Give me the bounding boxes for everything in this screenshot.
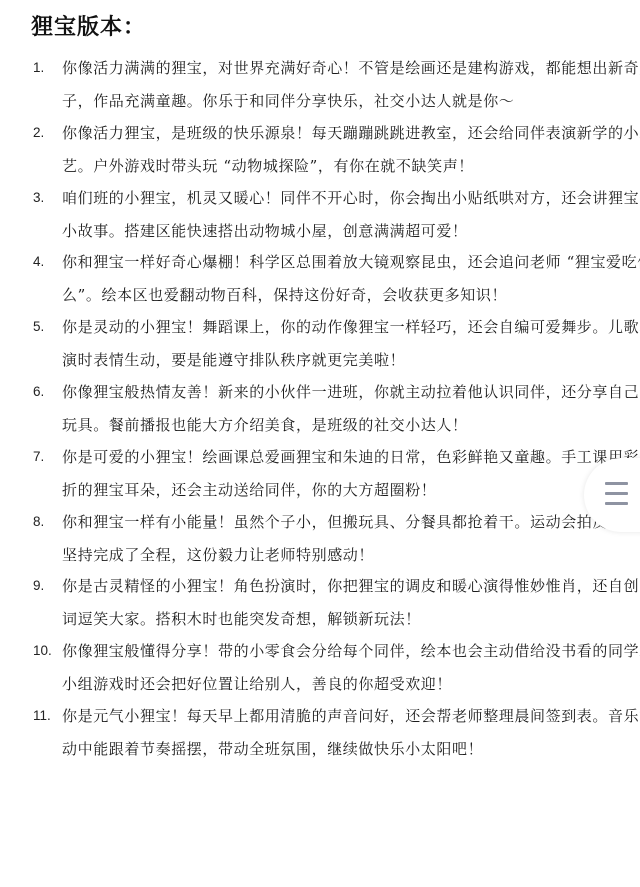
list-item-5: 5. 你是灵动的小狸宝！舞蹈课上，你的动作像狸宝一样轻巧，还会自编可爱舞步。儿歌… <box>0 311 640 376</box>
list-item-11: 11. 你是元气小狸宝！每天早上都用清脆的声音问好，还会帮老师整理晨间签到表。音… <box>0 700 640 765</box>
list-number: 8. <box>33 506 44 538</box>
list-item-text-line: 你和狸宝一样好奇心爆棚！科学区总围着放大镜观察昆虫，还会追问老师 “狸宝爱吃什 <box>62 246 640 278</box>
menu-bar <box>605 502 628 505</box>
list-item-text-line: 你像狸宝般懂得分享！带的小零食会分给每个同伴，绘本也会主动借给没书看的同学。 <box>62 635 640 667</box>
list-item-text-line: 词逗笑大家。搭积木时也能突发奇想，解锁新玩法！ <box>62 603 421 635</box>
list-item-4: 4. 你和狸宝一样好奇心爆棚！科学区总围着放大镜观察昆虫，还会追问老师 “狸宝爱… <box>0 246 640 311</box>
list-item-text-line: 咱们班的小狸宝，机灵又暖心！同伴不开心时，你会掏出小贴纸哄对方，还会讲狸宝的 <box>62 182 640 214</box>
list-item-8: 8. 你和狸宝一样有小能量！虽然个子小，但搬玩具、分餐具都抢着干。运动会拍皮球，… <box>0 506 640 571</box>
list-item-text-line: 你像狸宝般热情友善！新来的小伙伴一进班，你就主动拉着他认识同伴，还分享自己的 <box>62 376 640 408</box>
list-item-3: 3. 咱们班的小狸宝，机灵又暖心！同伴不开心时，你会掏出小贴纸哄对方，还会讲狸宝… <box>0 182 640 247</box>
list-number: 2. <box>33 117 44 149</box>
list-item-1: 1. 你像活力满满的狸宝，对世界充满好奇心！不管是绘画还是建构游戏，都能想出新奇… <box>0 52 640 117</box>
list-item-text-line: 你是可爱的小狸宝！绘画课总爱画狸宝和朱迪的日常，色彩鲜艳又童趣。手工课用彩纸 <box>62 441 640 473</box>
list-item-text-line: 小故事。搭建区能快速搭出动物城小屋，创意满满超可爱！ <box>62 215 468 247</box>
list-item-text-line: 你和狸宝一样有小能量！虽然个子小，但搬玩具、分餐具都抢着干。运动会拍皮球，你 <box>62 506 640 538</box>
hamburger-menu-icon <box>605 482 628 504</box>
list-number: 6. <box>33 376 44 408</box>
list-item-text-line: 你是灵动的小狸宝！舞蹈课上，你的动作像狸宝一样轻巧，还会自编可爱舞步。儿歌表 <box>62 311 640 343</box>
list-number: 7. <box>33 441 44 473</box>
list-item-text-line: 折的狸宝耳朵，还会主动送给同伴，你的大方超圈粉！ <box>62 474 436 506</box>
list-item-9: 9. 你是古灵精怪的小狸宝！角色扮演时，你把狸宝的调皮和暖心演得惟妙惟肖，还自创… <box>0 570 640 635</box>
list-number: 5. <box>33 311 44 343</box>
list-item-text-line: 演时表情生动，要是能遵守排队秩序就更完美啦！ <box>62 344 405 376</box>
list-item-text-line: 小组游戏时还会把好位置让给别人，善良的你超受欢迎！ <box>62 668 452 700</box>
list-item-text-line: 艺。户外游戏时带头玩 “动物城探险”，有你在就不缺笑声！ <box>62 150 474 182</box>
list-item-10: 10. 你像狸宝般懂得分享！带的小零食会分给每个同伴，绘本也会主动借给没书看的同… <box>0 635 640 700</box>
list-number: 3. <box>33 182 44 214</box>
list-item-text-line: 动中能跟着节奏摇摆，带动全班氛围，继续做快乐小太阳吧！ <box>62 733 483 765</box>
document-title: 狸宝版本： <box>31 12 146 44</box>
list-item-text-line: 玩具。餐前播报也能大方介绍美食，是班级的社交小达人！ <box>62 409 468 441</box>
list-item-text-line: 你像活力满满的狸宝，对世界充满好奇心！不管是绘画还是建构游戏，都能想出新奇点 <box>62 52 640 84</box>
list-number: 11. <box>33 700 51 732</box>
list-item-2: 2. 你像活力狸宝，是班级的快乐源泉！每天蹦蹦跳跳进教室，还会给同伴表演新学的小… <box>0 117 640 182</box>
list-item-6: 6. 你像狸宝般热情友善！新来的小伙伴一进班，你就主动拉着他认识同伴，还分享自己… <box>0 376 640 441</box>
menu-bar <box>605 492 628 495</box>
list-number: 4. <box>33 246 44 278</box>
list-item-text-line: 么”。绘本区也爱翻动物百科，保持这份好奇，会收获更多知识！ <box>62 279 507 311</box>
list-item-text-line: 子，作品充满童趣。你乐于和同伴分享快乐，社交小达人就是你～ <box>62 85 514 117</box>
list-item-text-line: 坚持完成了全程，这份毅力让老师特别感动！ <box>62 539 374 571</box>
menu-bar <box>605 482 628 485</box>
list-item-7: 7. 你是可爱的小狸宝！绘画课总爱画狸宝和朱迪的日常，色彩鲜艳又童趣。手工课用彩… <box>0 441 640 506</box>
list-item-text-line: 你是古灵精怪的小狸宝！角色扮演时，你把狸宝的调皮和暖心演得惟妙惟肖，还自创台 <box>62 570 640 602</box>
list-number: 10. <box>33 635 52 667</box>
list-item-text-line: 你像活力狸宝，是班级的快乐源泉！每天蹦蹦跳跳进教室，还会给同伴表演新学的小才 <box>62 117 640 149</box>
numbered-list: 1. 你像活力满满的狸宝，对世界充满好奇心！不管是绘画还是建构游戏，都能想出新奇… <box>0 52 640 765</box>
list-item-text-line: 你是元气小狸宝！每天早上都用清脆的声音问好，还会帮老师整理晨间签到表。音乐活 <box>62 700 640 732</box>
list-number: 1. <box>33 52 44 84</box>
list-number: 9. <box>33 570 44 602</box>
